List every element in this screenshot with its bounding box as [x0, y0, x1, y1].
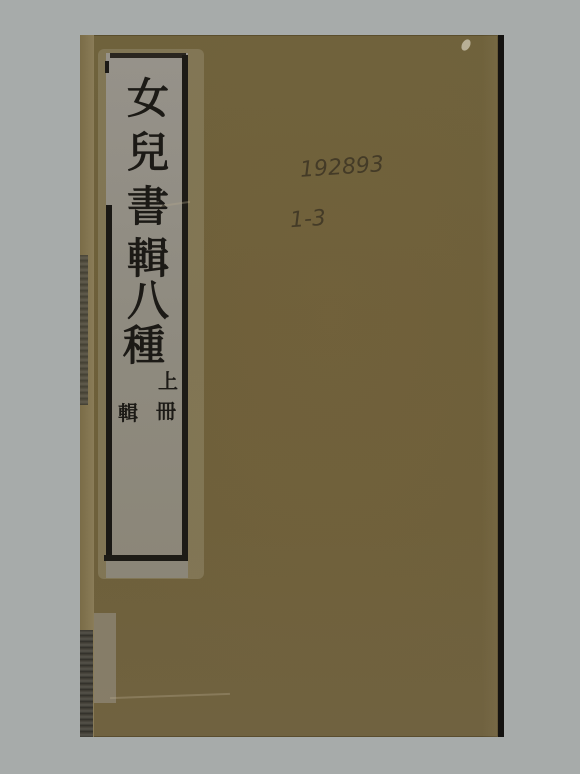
title-char-1: 女 [120, 73, 176, 125]
pencil-volume-range: 1-3 [289, 206, 327, 233]
label-border-right [182, 55, 188, 560]
title-char-3: 書 [120, 181, 176, 233]
label-border-top [110, 53, 186, 58]
cover-crease [110, 693, 230, 699]
paper-patch [94, 613, 116, 703]
volume-char-upper: 上 [158, 365, 178, 394]
label-border-corner [105, 61, 109, 73]
volume-char-book: 冊 [156, 395, 176, 424]
book-cover: 女 兒 書 輯 八 種 上 冊 輯 192893 1-3 [80, 35, 498, 737]
binding-edge-bottom [80, 630, 93, 737]
binding-edge-top [80, 255, 88, 405]
label-border-bottom [104, 555, 188, 561]
title-char-2: 兒 [120, 127, 176, 179]
cover-right-edge [482, 35, 498, 737]
cover-worn-spot [460, 38, 473, 52]
label-border-left [106, 205, 112, 560]
collection-char: 輯 [118, 397, 138, 426]
pencil-call-number: 192893 [299, 152, 385, 183]
